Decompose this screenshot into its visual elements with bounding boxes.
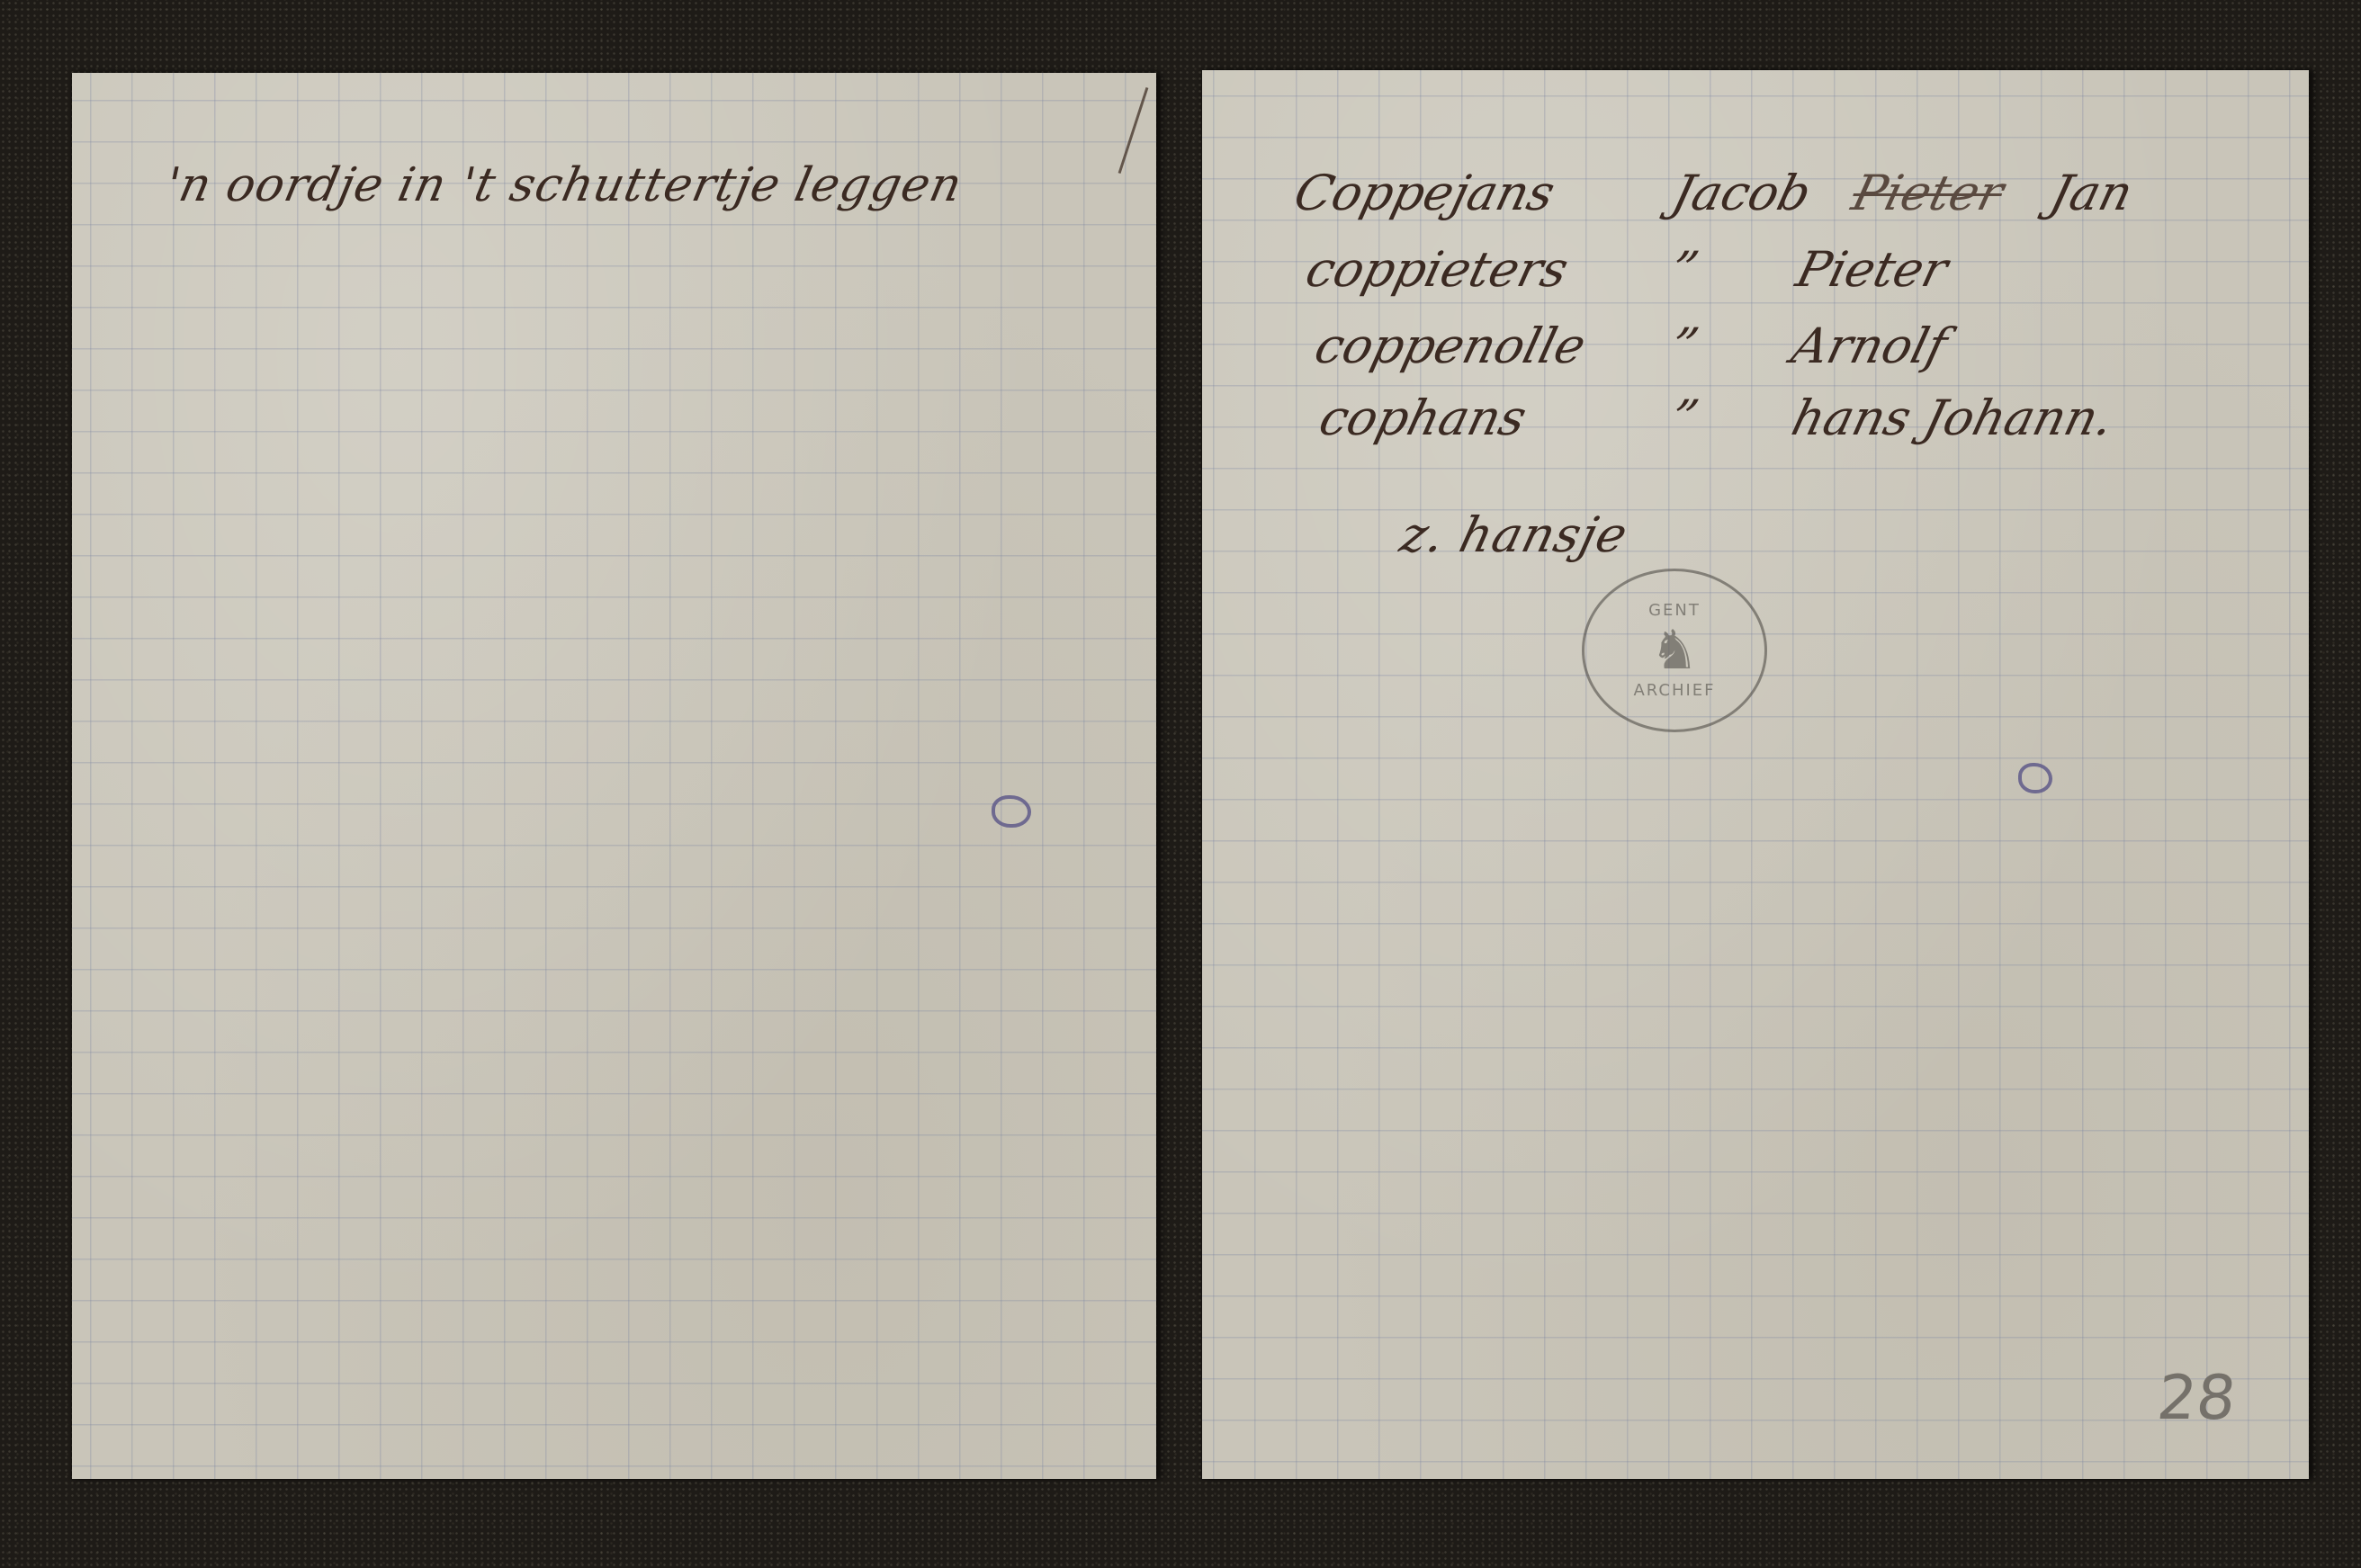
given-name: Jacob [1666,165,1817,221]
blue-pencil-mark [992,795,1031,828]
cross-reference-note: z. hansje [1395,506,1634,563]
given-name: hans Johann. [1786,390,2119,446]
handwritten-line: 'n oordje in 't schuttertje leggen [161,158,967,212]
margin-pen-stroke [1118,87,1149,174]
left-page: 'n oordje in 't schuttertje leggen [72,73,1156,1479]
blue-pencil-mark [2018,763,2052,793]
surname: cophans [1314,390,1532,446]
heraldic-figure-icon: ♞ [1650,623,1699,677]
ditto-mark: ” [1665,318,1703,374]
surname: coppieters [1300,241,1574,298]
given-name: Pieter [1791,241,1953,298]
surname: coppenolle [1309,318,1591,374]
archive-stamp: GENT ♞ ARCHIEF [1582,569,1767,732]
given-name-alt: Jan [2044,165,2138,221]
surname: Coppejans [1288,165,1560,221]
right-page: Coppejans Jacob Pieter Jan coppieters ” … [1202,70,2309,1479]
ditto-mark: ” [1665,390,1703,446]
given-name: Arnolf [1786,318,1953,374]
stamp-bottom-text: ARCHIEF [1633,681,1715,700]
ditto-mark: ” [1665,241,1703,298]
struck-given-name: Pieter [1846,165,2009,221]
page-number: 28 [2154,1363,2240,1434]
stamp-top-text: GENT [1648,601,1701,620]
